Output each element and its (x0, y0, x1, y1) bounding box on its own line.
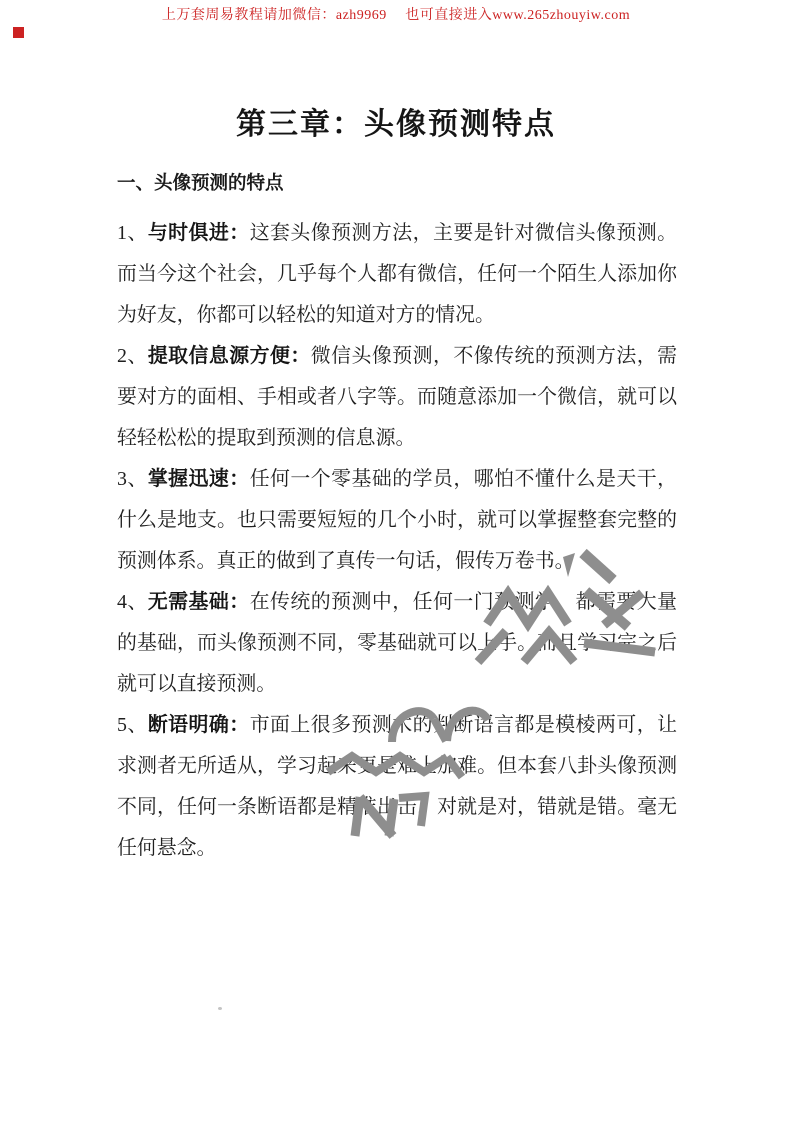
document-body: 一、头像预测的特点 1、与时俱进：这套头像预测方法，主要是针对微信头像预测。而当… (117, 171, 677, 869)
paragraph-number: 1、 (117, 222, 148, 244)
page-speck (218, 1007, 222, 1010)
paragraph-lead: 无需基础： (148, 591, 250, 613)
paragraph: 2、提取信息源方便：微信头像预测，不像传统的预测方法，需要对方的面相、手相或者八… (117, 336, 677, 459)
red-square-marker (13, 27, 24, 38)
paragraph: 5、断语明确：市面上很多预测术的判断语言都是模棱两可，让求测者无所适从，学习起来… (117, 705, 677, 869)
document-page: 上万套周易教程请加微信：azh9969 也可直接进入www.265zhouyiw… (0, 0, 792, 1121)
paragraph-number: 5、 (117, 714, 148, 736)
page-title: 第三章：头像预测特点 (0, 99, 792, 143)
promo-header-text: 上万套周易教程请加微信：azh9969 也可直接进入www.265zhouyiw… (0, 4, 792, 24)
paragraph-number: 4、 (117, 591, 148, 613)
paragraph-number: 3、 (117, 468, 148, 490)
paragraph: 3、掌握迅速：任何一个零基础的学员，哪怕不懂什么是天干，什么是地支。也只需要短短… (117, 459, 677, 582)
paragraph: 4、无需基础：在传统的预测中，任何一门预测学，都需要大量的基础，而头像预测不同，… (117, 582, 677, 705)
paragraph-lead: 提取信息源方便： (148, 345, 311, 367)
paragraph-number: 2、 (117, 345, 148, 367)
section-heading: 一、头像预测的特点 (117, 171, 677, 197)
paragraph-lead: 掌握迅速： (148, 468, 250, 490)
paragraph-lead: 与时俱进： (148, 222, 250, 244)
paragraph: 1、与时俱进：这套头像预测方法，主要是针对微信头像预测。而当今这个社会，几乎每个… (117, 213, 677, 336)
paragraph-lead: 断语明确： (148, 714, 250, 736)
